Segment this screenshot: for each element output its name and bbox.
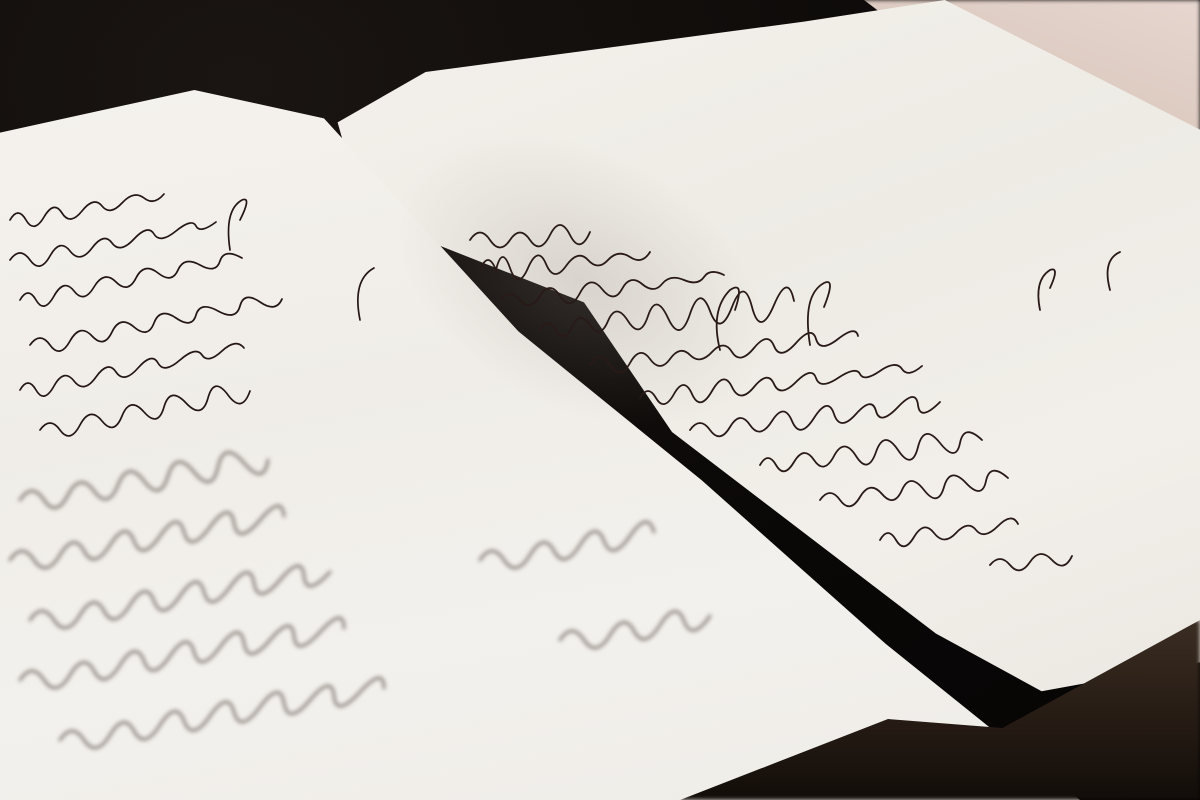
handwriting-left-page-blurred xyxy=(0,0,1200,800)
manuscript-photo: Two facing pages covered in dense old cu… xyxy=(0,0,1200,800)
